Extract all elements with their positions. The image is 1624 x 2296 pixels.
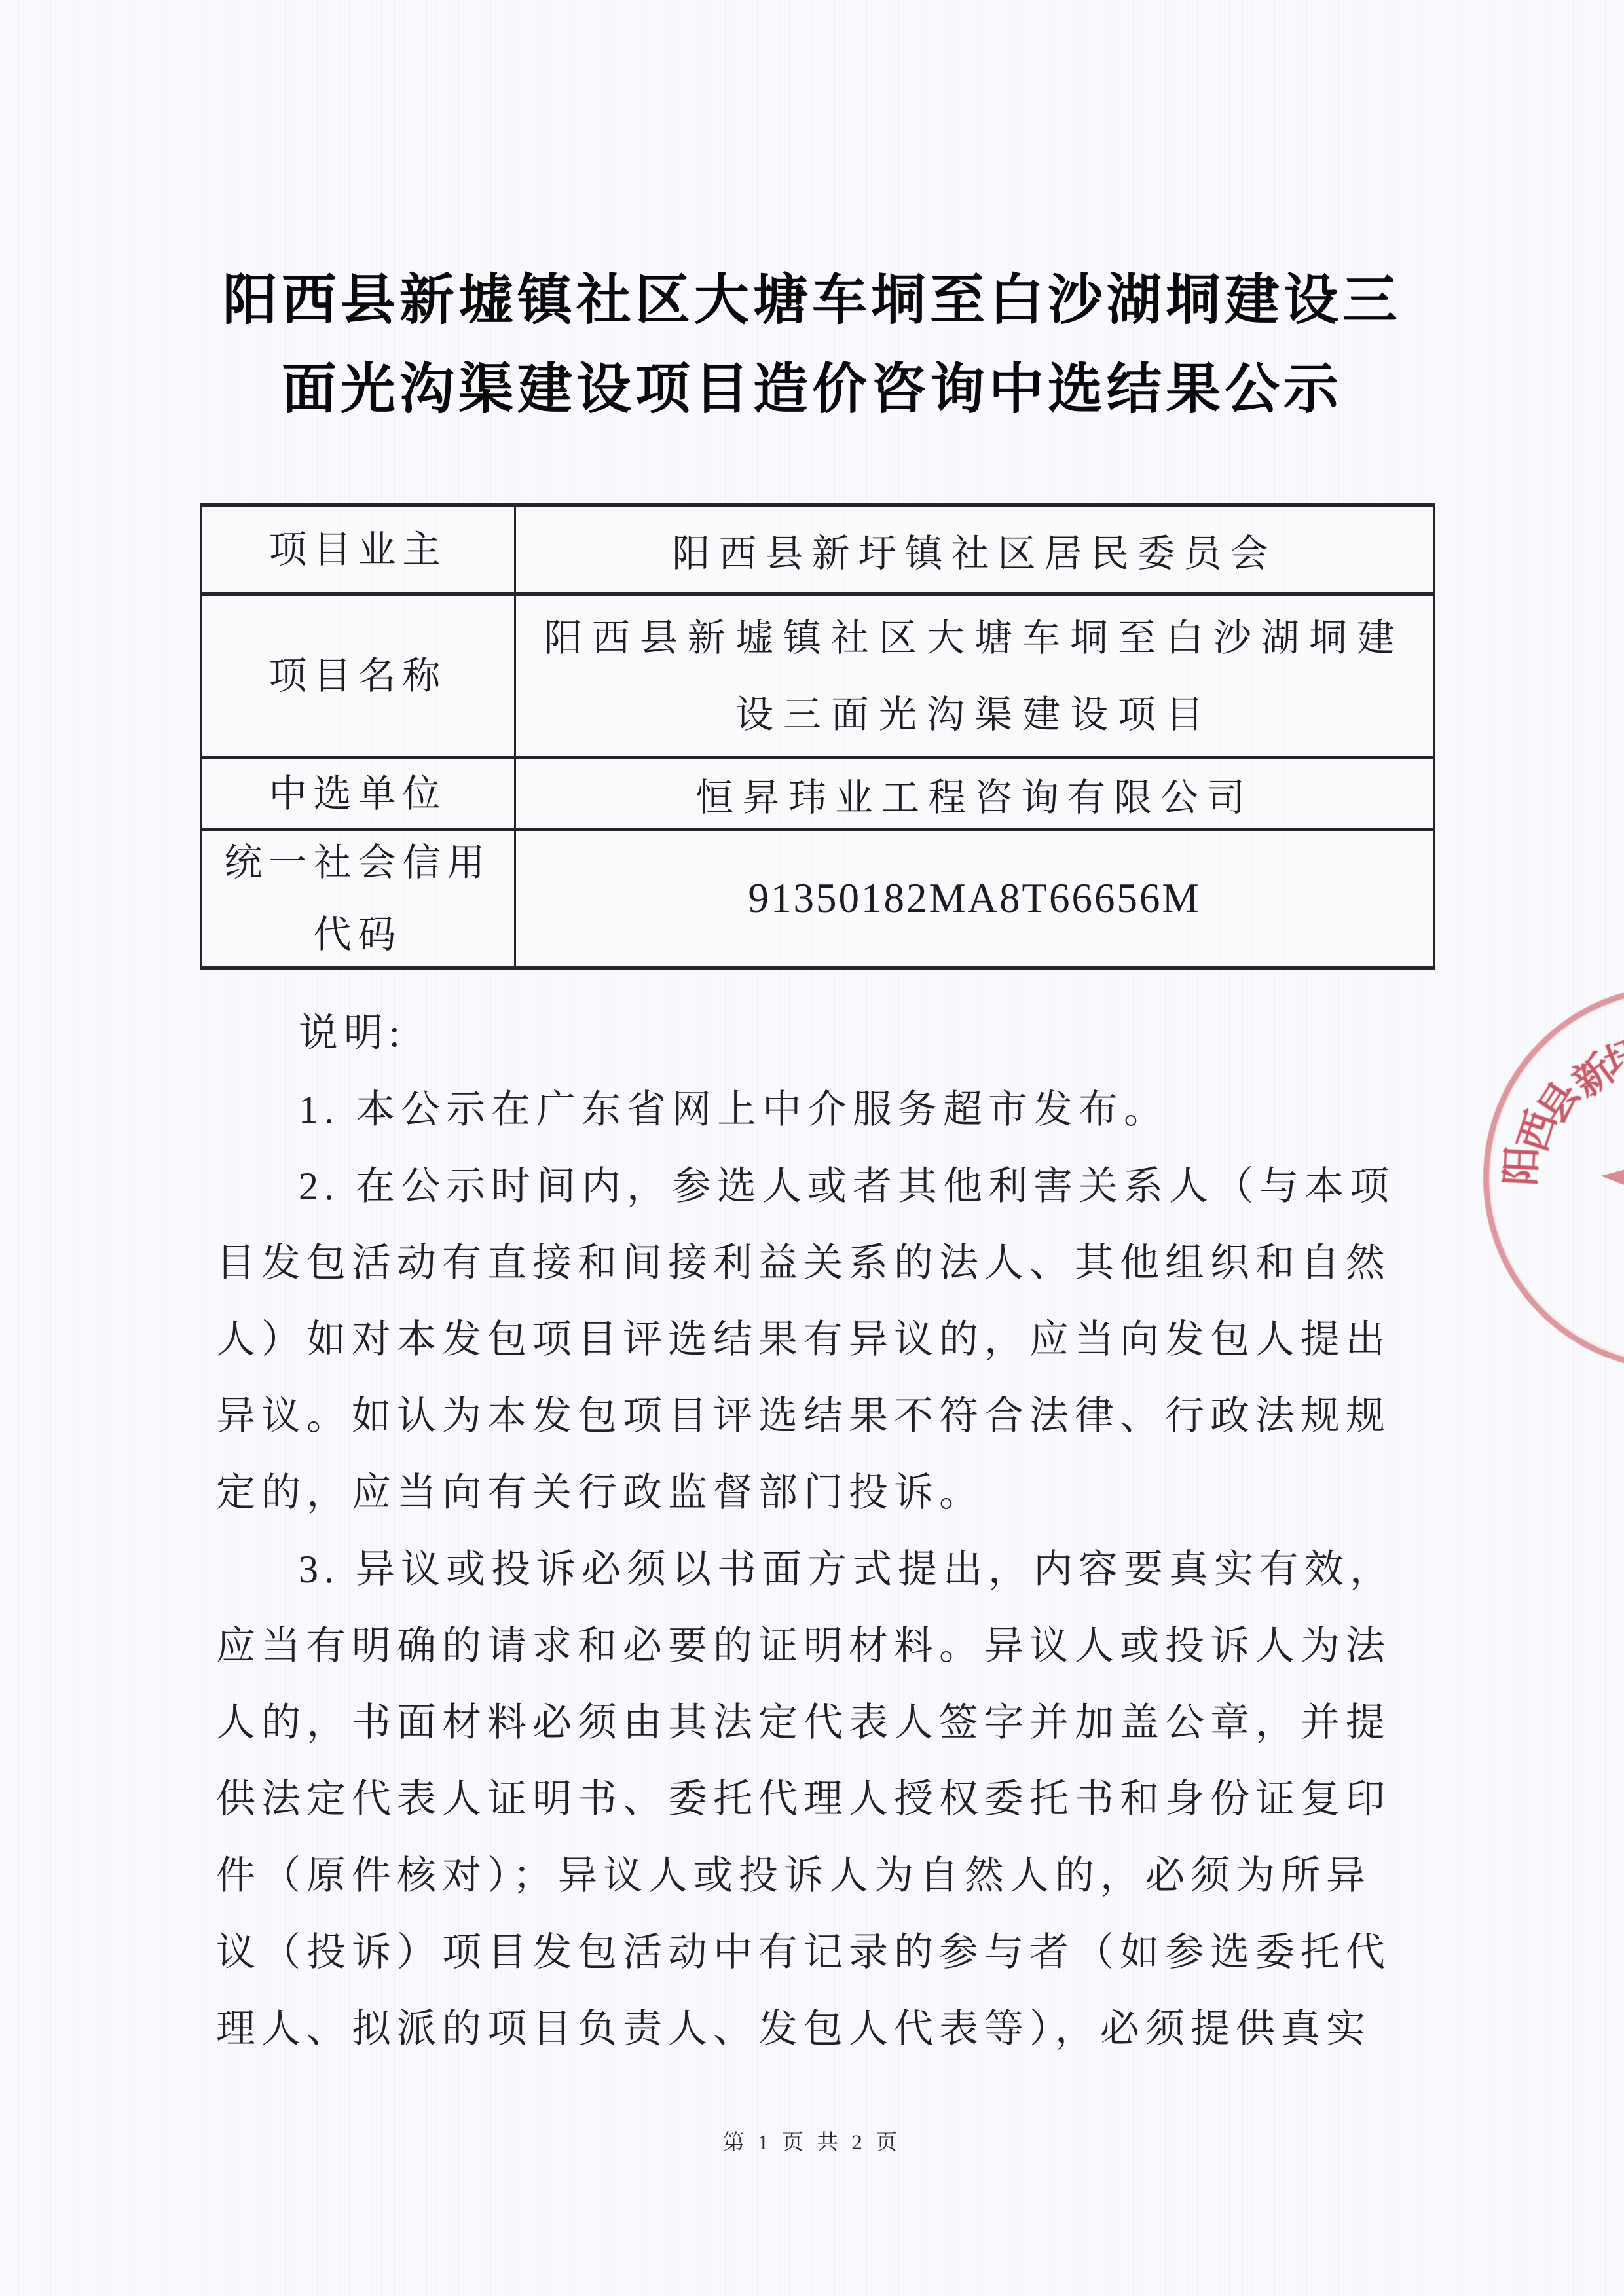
stamp-ring-icon [1483, 985, 1624, 1370]
owner-value: 阳西县新圩镇社区居民委员会 [672, 522, 1276, 577]
project-name-label-cell: 项目名称 [202, 596, 516, 756]
project-name-value-line-1: 阳西县新墟镇社区大塘车垌至白沙湖垌建 [544, 600, 1405, 676]
winner-label: 中选单位 [268, 758, 447, 830]
winner-label-cell: 中选单位 [202, 759, 516, 828]
note-line: 人的，书面材料必须由其法定代表人签字并加盖公章，并提 [216, 1685, 1418, 1761]
credit-code-value-cell: 91350182MA8T66656M [516, 831, 1433, 966]
note-line: 异议。如认为本发包项目评选结果不符合法律、行政法规规 [216, 1378, 1418, 1455]
notes-section: 说明: 1. 本公示在广东省网上中介服务超市发布。 2. 在公示时间内，参选人或… [216, 995, 1418, 2068]
project-info-table: 项目业主 阳西县新圩镇社区居民委员会 项目名称 阳西县新墟镇社区大塘车垌至白沙湖… [200, 503, 1435, 970]
project-name-label: 项目名称 [268, 640, 447, 712]
note-line: 理人、拟派的项目负责人、发包人代表等），必须提供真实 [216, 1991, 1418, 2068]
stamp-star-icon [1587, 1102, 1624, 1255]
stamp-char: 阳 [1500, 1144, 1543, 1188]
stamp-char: 圩 [1597, 1031, 1624, 1085]
note-line: 定的，应当向有关行政监督部门投诉。 [216, 1455, 1418, 1531]
note-line: 人）如对本发包项目评选结果有异议的，应当向发包人提出 [216, 1302, 1418, 1378]
note-line: 应当有明确的请求和必要的证明材料。异议人或投诉人为法 [216, 1608, 1418, 1685]
project-name-value-line-2: 设三面光沟渠建设项目 [735, 676, 1213, 753]
owner-value-cell: 阳西县新圩镇社区居民委员会 [516, 507, 1433, 592]
document-title: 阳西县新墟镇社区大塘车垌至白沙湖垌建设三 面光沟渠建设项目造价咨询中选结果公示 [0, 257, 1624, 435]
note-line: 议（投诉）项目发包活动中有记录的参与者（如参选委托代 [216, 1914, 1418, 1991]
document-page: 阳西县新墟镇社区大塘车垌至白沙湖垌建设三 面光沟渠建设项目造价咨询中选结果公示 … [0, 0, 1624, 2296]
credit-code-label-cell: 统一社会信用代码 [202, 831, 516, 966]
note-line: 供法定代表人证明书、委托代理人授权委托书和身份证复印 [216, 1761, 1418, 1838]
page-number-footer: 第 1 页 共 2 页 [0, 2125, 1624, 2156]
table-row-owner: 项目业主 阳西县新圩镇社区居民委员会 [202, 507, 1433, 592]
owner-label: 项目业主 [268, 514, 447, 586]
stamp-char: 西 [1511, 1105, 1564, 1158]
note-line: 目发包活动有直接和间接利益关系的法人、其他组织和自然 [216, 1225, 1418, 1302]
title-line-2: 面光沟渠建设项目造价咨询中选结果公示 [282, 359, 1342, 420]
credit-code-value: 91350182MA8T66656M [748, 875, 1200, 922]
stamp-char: 新 [1564, 1047, 1623, 1106]
credit-code-label: 统一社会信用代码 [221, 827, 496, 971]
winner-value-cell: 恒昇玮业工程咨询有限公司 [516, 759, 1433, 828]
title-line-1: 阳西县新墟镇社区大塘车垌至白沙湖垌建设三 [223, 270, 1401, 331]
note-line: 3. 异议或投诉必须以书面方式提出，内容要真实有效， [216, 1531, 1418, 1608]
table-row-credit-code: 统一社会信用代码 91350182MA8T66656M [202, 828, 1433, 966]
table-row-winner: 中选单位 恒昇玮业工程咨询有限公司 [202, 756, 1433, 828]
note-line: 1. 本公示在广东省网上中介服务超市发布。 [216, 1072, 1418, 1148]
project-name-value-cell: 阳西县新墟镇社区大塘车垌至白沙湖垌建 设三面光沟渠建设项目 [516, 596, 1433, 756]
note-line: 件（原件核对）；异议人或投诉人为自然人的，必须为所异 [216, 1838, 1418, 1914]
notes-heading: 说明: [216, 995, 1418, 1072]
table-row-project-name: 项目名称 阳西县新墟镇社区大塘车垌至白沙湖垌建 设三面光沟渠建设项目 [202, 592, 1433, 756]
stamp-char: 县 [1530, 1074, 1589, 1132]
owner-label-cell: 项目业主 [202, 507, 516, 592]
winner-value: 恒昇玮业工程咨询有限公司 [695, 767, 1253, 822]
note-line: 2. 在公示时间内，参选人或者其他利害关系人（与本项 [216, 1148, 1418, 1225]
